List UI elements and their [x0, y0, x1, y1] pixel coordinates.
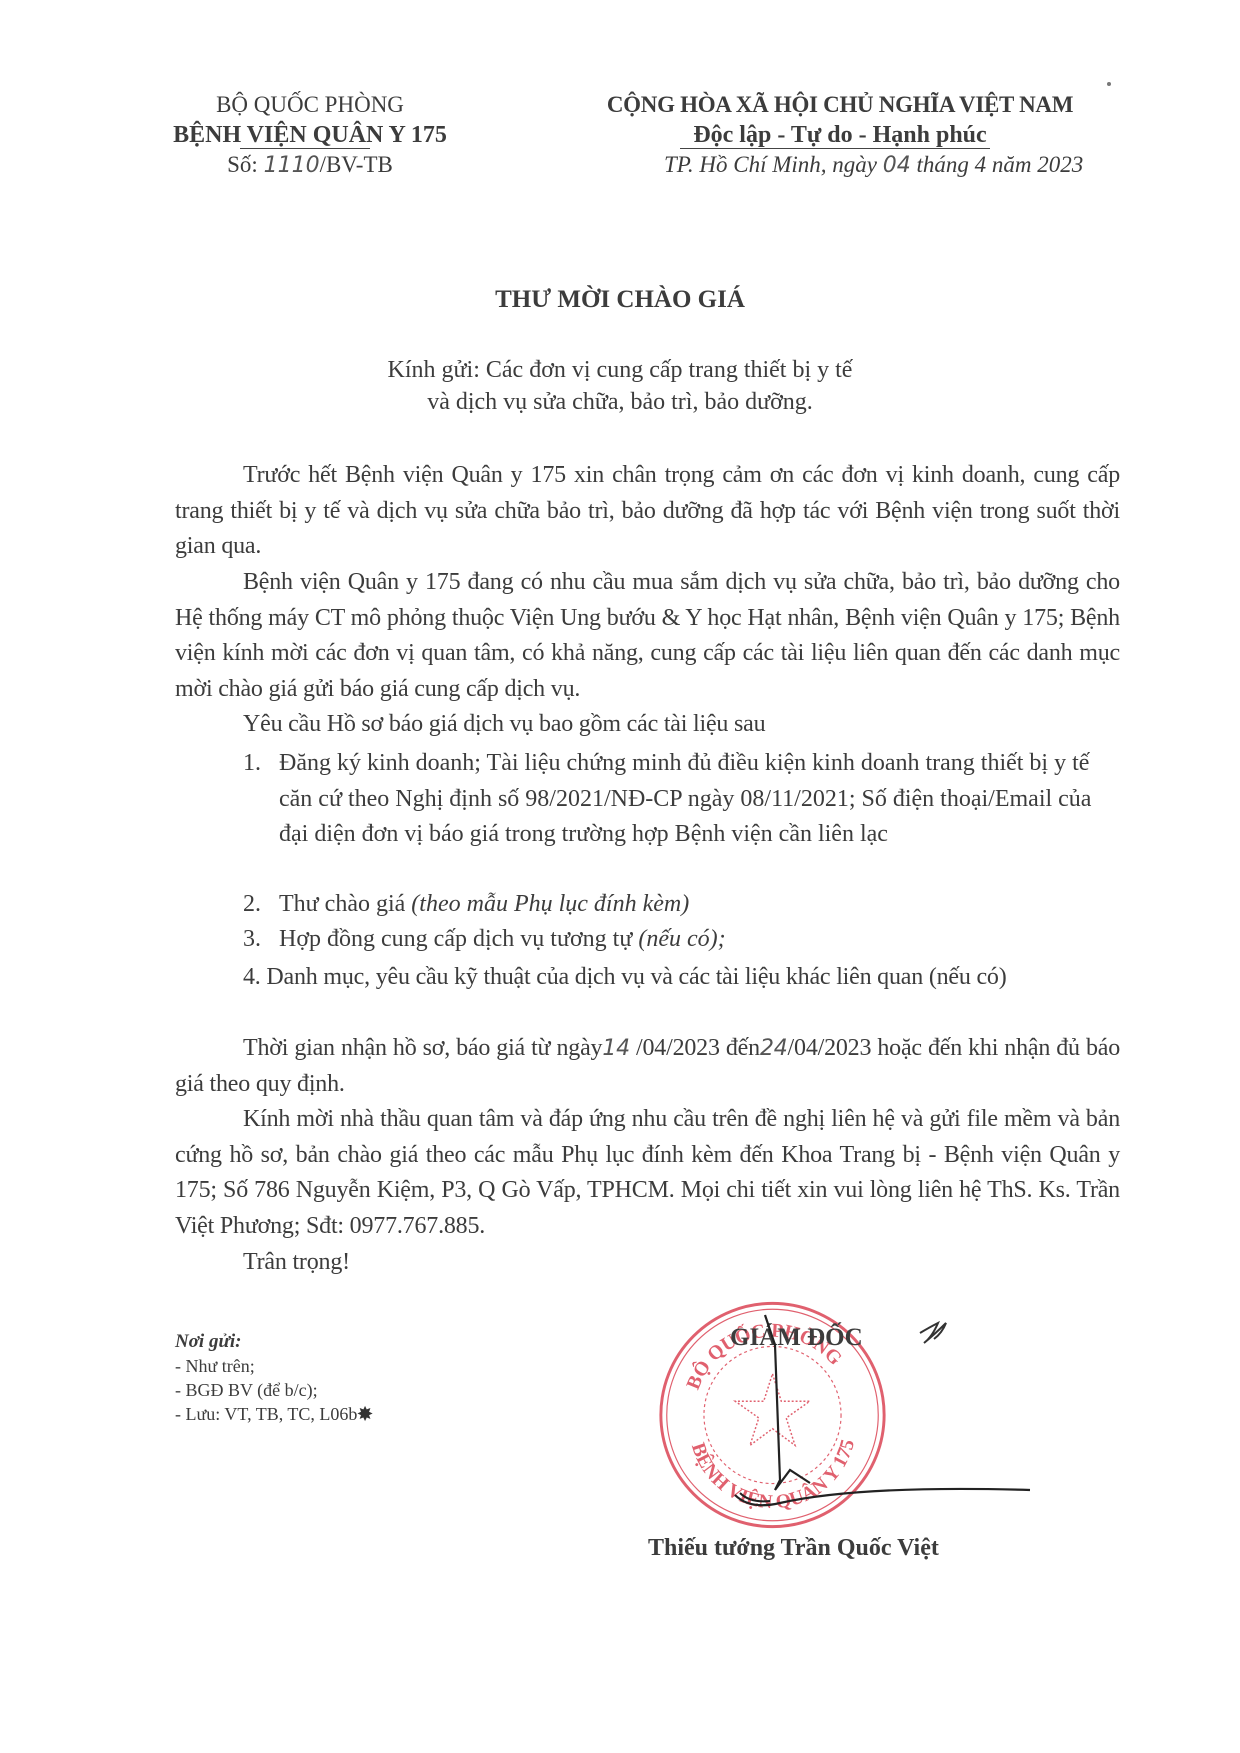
submission-period: Thời gian nhận hồ sơ, báo giá từ ngày14 … — [175, 1031, 1120, 1102]
national-motto: Độc lập - Tự do - Hạnh phúc — [560, 120, 1120, 150]
header-right: CỘNG HÒA XÃ HỘI CHỦ NGHĨA VIỆT NAM Độc l… — [560, 90, 1120, 150]
handwritten-number: 1110 — [264, 153, 320, 178]
closing: Trân trọng! — [175, 1245, 1120, 1281]
handwritten-from-day: 14 — [602, 1036, 630, 1061]
requirement-item-4: 4. Danh mục, yêu cầu kỹ thuật của dịch v… — [175, 960, 1120, 996]
signer-name: Thiếu tướng Trần Quốc Việt — [648, 1535, 939, 1562]
document-number: Số: 1110/BV-TB — [150, 150, 470, 181]
hospital-name: BỆNH VIỆN QUÂN Y 175 — [150, 120, 470, 150]
paragraph-invitation: Kính mời nhà thầu quan tâm và đáp ứng nh… — [175, 1102, 1120, 1244]
header-left-underline — [240, 148, 370, 149]
requirements-intro: Yêu cầu Hồ sơ báo giá dịch vụ bao gồm cá… — [175, 707, 1120, 743]
motto-underline — [680, 148, 990, 149]
recipient-item: - Lưu: VT, TB, TC, L06b✸ — [175, 1402, 373, 1426]
handwritten-day: 04 — [883, 153, 911, 178]
document-title: THƯ MỜI CHÀO GIÁ — [0, 286, 1240, 314]
ministry-name: BỘ QUỐC PHÒNG — [150, 90, 470, 120]
scan-speck — [1107, 82, 1111, 86]
requirement-item-1: 1. Đăng ký kinh doanh; Tài liệu chứng mi… — [243, 746, 1123, 853]
recipients-block: Nơi gửi: - Như trên; - BGĐ BV (để b/c); … — [175, 1330, 373, 1426]
paragraph-intro: Trước hết Bệnh viện Quân y 175 xin chân … — [175, 458, 1120, 565]
paragraph-request: Bệnh viện Quân y 175 đang có nhu cầu mua… — [175, 565, 1120, 707]
handwritten-to-day: 24 — [760, 1036, 788, 1061]
recipients-heading: Nơi gửi: — [175, 1330, 373, 1354]
nation-name: CỘNG HÒA XÃ HỘI CHỦ NGHĨA VIỆT NAM — [560, 90, 1120, 120]
issue-date: TP. Hồ Chí Minh, ngày 04 tháng 4 năm 202… — [664, 152, 1083, 178]
requirement-item-2: 2. Thư chào giá (theo mẫu Phụ lục đính k… — [243, 887, 1123, 923]
recipient-item: - BGĐ BV (để b/c); — [175, 1378, 373, 1402]
header-left: BỘ QUỐC PHÒNG BỆNH VIỆN QUÂN Y 175 Số: 1… — [150, 90, 470, 181]
handwritten-signature — [700, 1305, 1040, 1525]
recipient-line: Kính gửi: Các đơn vị cung cấp trang thiế… — [0, 354, 1240, 418]
recipient-item: - Như trên; — [175, 1354, 373, 1378]
requirement-item-3: 3. Hợp đồng cung cấp dịch vụ tương tự (n… — [243, 922, 1123, 958]
